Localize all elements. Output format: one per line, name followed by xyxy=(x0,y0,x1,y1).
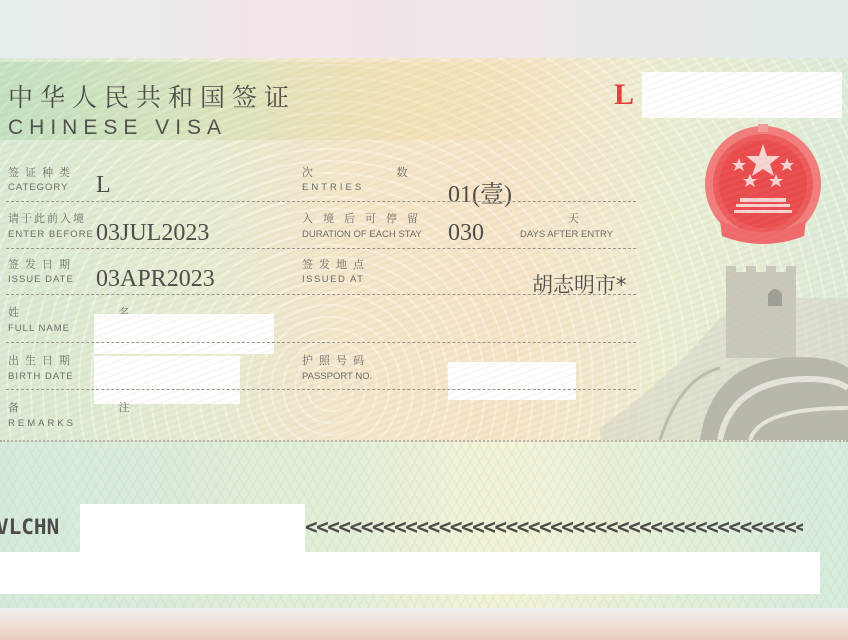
duration-label-en: DURATION OF EACH STAY xyxy=(302,229,422,240)
row-divider xyxy=(6,201,636,202)
enter-before-label-cn: 请于此前入境 xyxy=(8,210,86,226)
row-divider xyxy=(6,248,636,249)
mrz-line2-redacted xyxy=(0,552,820,594)
duration-label-cn: 入境后可停留 xyxy=(302,210,428,226)
mrz-line1-redacted xyxy=(80,504,305,552)
national-emblem-icon xyxy=(700,124,826,254)
issue-date-label-en: ISSUE DATE xyxy=(8,274,74,285)
visa-type-code: L xyxy=(614,78,634,112)
page-bottom-edge xyxy=(0,608,848,640)
mrz-line1-prefix: VLCHN xyxy=(0,515,59,539)
issue-date-label-cn: 签发日期 xyxy=(8,256,76,272)
page-top-edge xyxy=(0,0,848,58)
category-label-cn: 签证种类 xyxy=(8,164,76,180)
great-wall-illustration xyxy=(600,258,848,440)
remarks-label-cn: 备 注 xyxy=(8,399,178,415)
issued-at-label-cn: 签发地点 xyxy=(302,256,370,272)
title-english: CHINESE VISA xyxy=(8,116,227,140)
mrz-line1-filler: <<<<<<<<<<<<<<<<<<<<<<<<<<<<<<<<<<<<<<<<… xyxy=(305,515,803,539)
birth-date-label-en: BIRTH DATE xyxy=(8,371,74,382)
category-value: L xyxy=(96,172,111,199)
passport-no-label-en: PASSPORT NO. xyxy=(302,371,372,382)
issue-date-value: 03APR2023 xyxy=(96,266,215,293)
passport-no-value-redacted xyxy=(448,362,576,400)
entries-label-cn: 次 数 xyxy=(302,164,448,180)
birth-date-label-cn: 出生日期 xyxy=(8,352,76,368)
issued-at-label-en: ISSUED AT xyxy=(302,274,364,285)
entries-label-en: ENTRIES xyxy=(302,182,364,193)
row-divider xyxy=(6,342,636,343)
passport-no-label-cn: 护照号码 xyxy=(302,352,370,368)
visa-number-redacted xyxy=(642,72,842,118)
enter-before-value: 03JUL2023 xyxy=(96,220,209,247)
full-name-label-en: FULL NAME xyxy=(8,323,70,334)
enter-before-label-en: ENTER BEFORE xyxy=(8,229,94,240)
birth-date-value-redacted xyxy=(94,356,240,404)
title-chinese: 中华人民共和国签证 xyxy=(8,78,296,114)
duration-value: 030 xyxy=(448,220,484,247)
duration-unit-en: DAYS AFTER ENTRY xyxy=(520,229,613,240)
visa-form-area: 中华人民共和国签证 CHINESE VISA L 签证种类 CATEGORY L… xyxy=(0,58,848,440)
category-label-en: CATEGORY xyxy=(8,182,68,193)
row-divider xyxy=(6,294,636,295)
row-divider xyxy=(6,389,636,390)
entries-value: 01(壹) xyxy=(448,174,512,209)
duration-unit-cn: 天 xyxy=(568,210,585,226)
full-name-value-redacted xyxy=(94,314,274,354)
remarks-label-en: REMARKS xyxy=(8,418,76,429)
